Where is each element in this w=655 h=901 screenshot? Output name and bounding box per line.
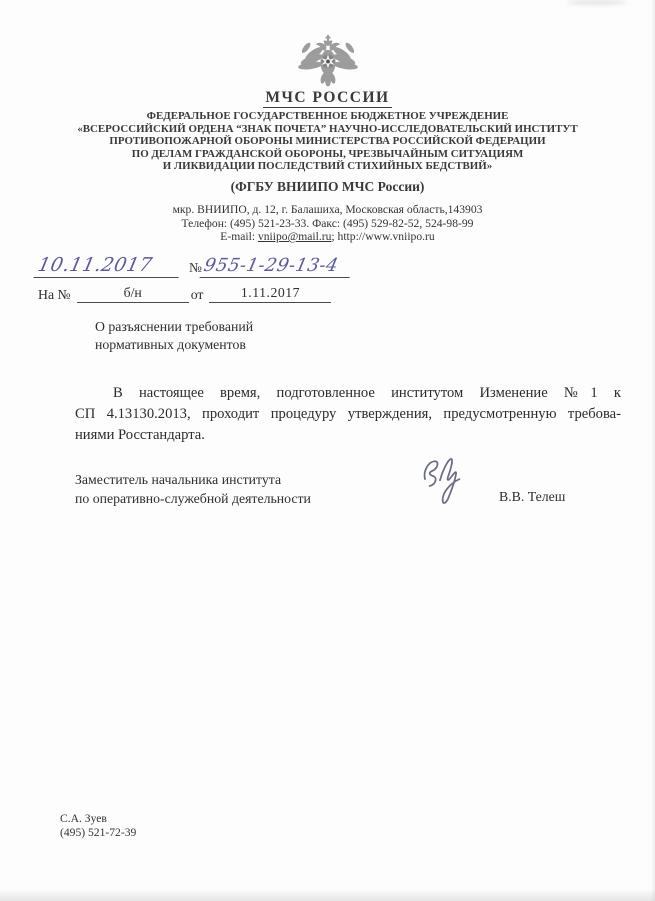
- reply-number-field: б/н: [77, 285, 189, 303]
- org-full-name: ФЕДЕРАЛЬНОЕ ГОСУДАРСТВЕННОЕ БЮДЖЕТНОЕ УЧ…: [0, 110, 655, 173]
- org-title: МЧС РОССИИ: [0, 89, 655, 107]
- signer-position-line: Заместитель начальника института: [75, 471, 311, 490]
- scan-edge: [651, 0, 655, 901]
- scan-edge: [0, 889, 655, 901]
- org-abbreviation: (ФГБУ ВНИИПО МЧС России): [0, 179, 655, 195]
- handwritten-signature: [418, 455, 470, 514]
- reply-ref-row: На № б/н от 1.11.2017: [38, 281, 331, 303]
- phone-fax-line: Телефон: (495) 521-23-33. Факс: (495) 52…: [0, 217, 655, 231]
- reply-date-field: 1.11.2017: [209, 285, 331, 303]
- email-link: vniipo@mail.ru: [258, 230, 331, 243]
- outgoing-ref-row: 10.11.2017 № 955-1-29-13-4: [36, 244, 352, 278]
- scan-artifact: [567, 0, 627, 5]
- mchs-emblem-icon: [295, 35, 361, 93]
- subject-line: нормативных документов: [95, 336, 253, 354]
- subject-line: О разъяснении требований: [95, 318, 253, 336]
- body-line: ниями Росстандарта.: [75, 425, 621, 446]
- org-name-line: И ЛИКВИДАЦИИ ПОСЛЕДСТВИЙ СТИХИЙНЫХ БЕДСТ…: [0, 160, 655, 173]
- executor-name: С.А. Зуев: [60, 812, 136, 826]
- body-line: СП 4.13130.2013, проходит процедуру утве…: [75, 404, 621, 425]
- signer-name: В.В. Телеш: [499, 489, 565, 505]
- executor-phone: (495) 521-72-39: [60, 826, 136, 840]
- handwritten-date: 10.11.2017: [33, 254, 183, 278]
- letter-body: В настоящее время, подготовленное инстит…: [75, 383, 621, 446]
- signer-position-line: по оперативно-служебной деятельности: [75, 490, 311, 509]
- handwritten-outgoing-number: 955-1-29-13-4: [199, 255, 354, 278]
- org-name-line: ПРОТИВОПОЖАРНОЙ ОБОРОНЫ МИНИСТЕРСТВА РОС…: [0, 135, 655, 148]
- signer-position: Заместитель начальника института по опер…: [75, 471, 311, 508]
- org-name-line: ПО ДЕЛАМ ГРАЖДАНСКОЙ ОБОРОНЫ, ЧРЕЗВЫЧАЙН…: [0, 148, 655, 161]
- mchs-russia-double-headed-eagle-emblem: [295, 35, 361, 88]
- body-line: В настоящее время, подготовленное инстит…: [75, 383, 621, 404]
- reply-to-label: На №: [38, 287, 71, 303]
- org-name-line: ФЕДЕРАЛЬНОЕ ГОСУДАРСТВЕННОЕ БЮДЖЕТНОЕ УЧ…: [0, 110, 655, 123]
- contact-block: мкр. ВНИИПО, д. 12, г. Балашиха, Московс…: [0, 203, 655, 244]
- email-web-line: E-mail: vniipo@mail.ru; http://www.vniip…: [0, 230, 655, 244]
- letter-subject: О разъяснении требований нормативных док…: [95, 318, 253, 353]
- org-name-line: «ВСЕРОССИЙСКИЙ ОРДЕНА “ЗНАК ПОЧЕТА” НАУЧ…: [0, 123, 655, 136]
- scanned-letter-page: МЧС РОССИИ ФЕДЕРАЛЬНОЕ ГОСУДАРСТВЕННОЕ Б…: [0, 0, 655, 901]
- executor-block: С.А. Зуев (495) 521-72-39: [60, 812, 136, 839]
- from-label: от: [191, 287, 204, 303]
- address-line: мкр. ВНИИПО, д. 12, г. Балашиха, Московс…: [0, 203, 655, 217]
